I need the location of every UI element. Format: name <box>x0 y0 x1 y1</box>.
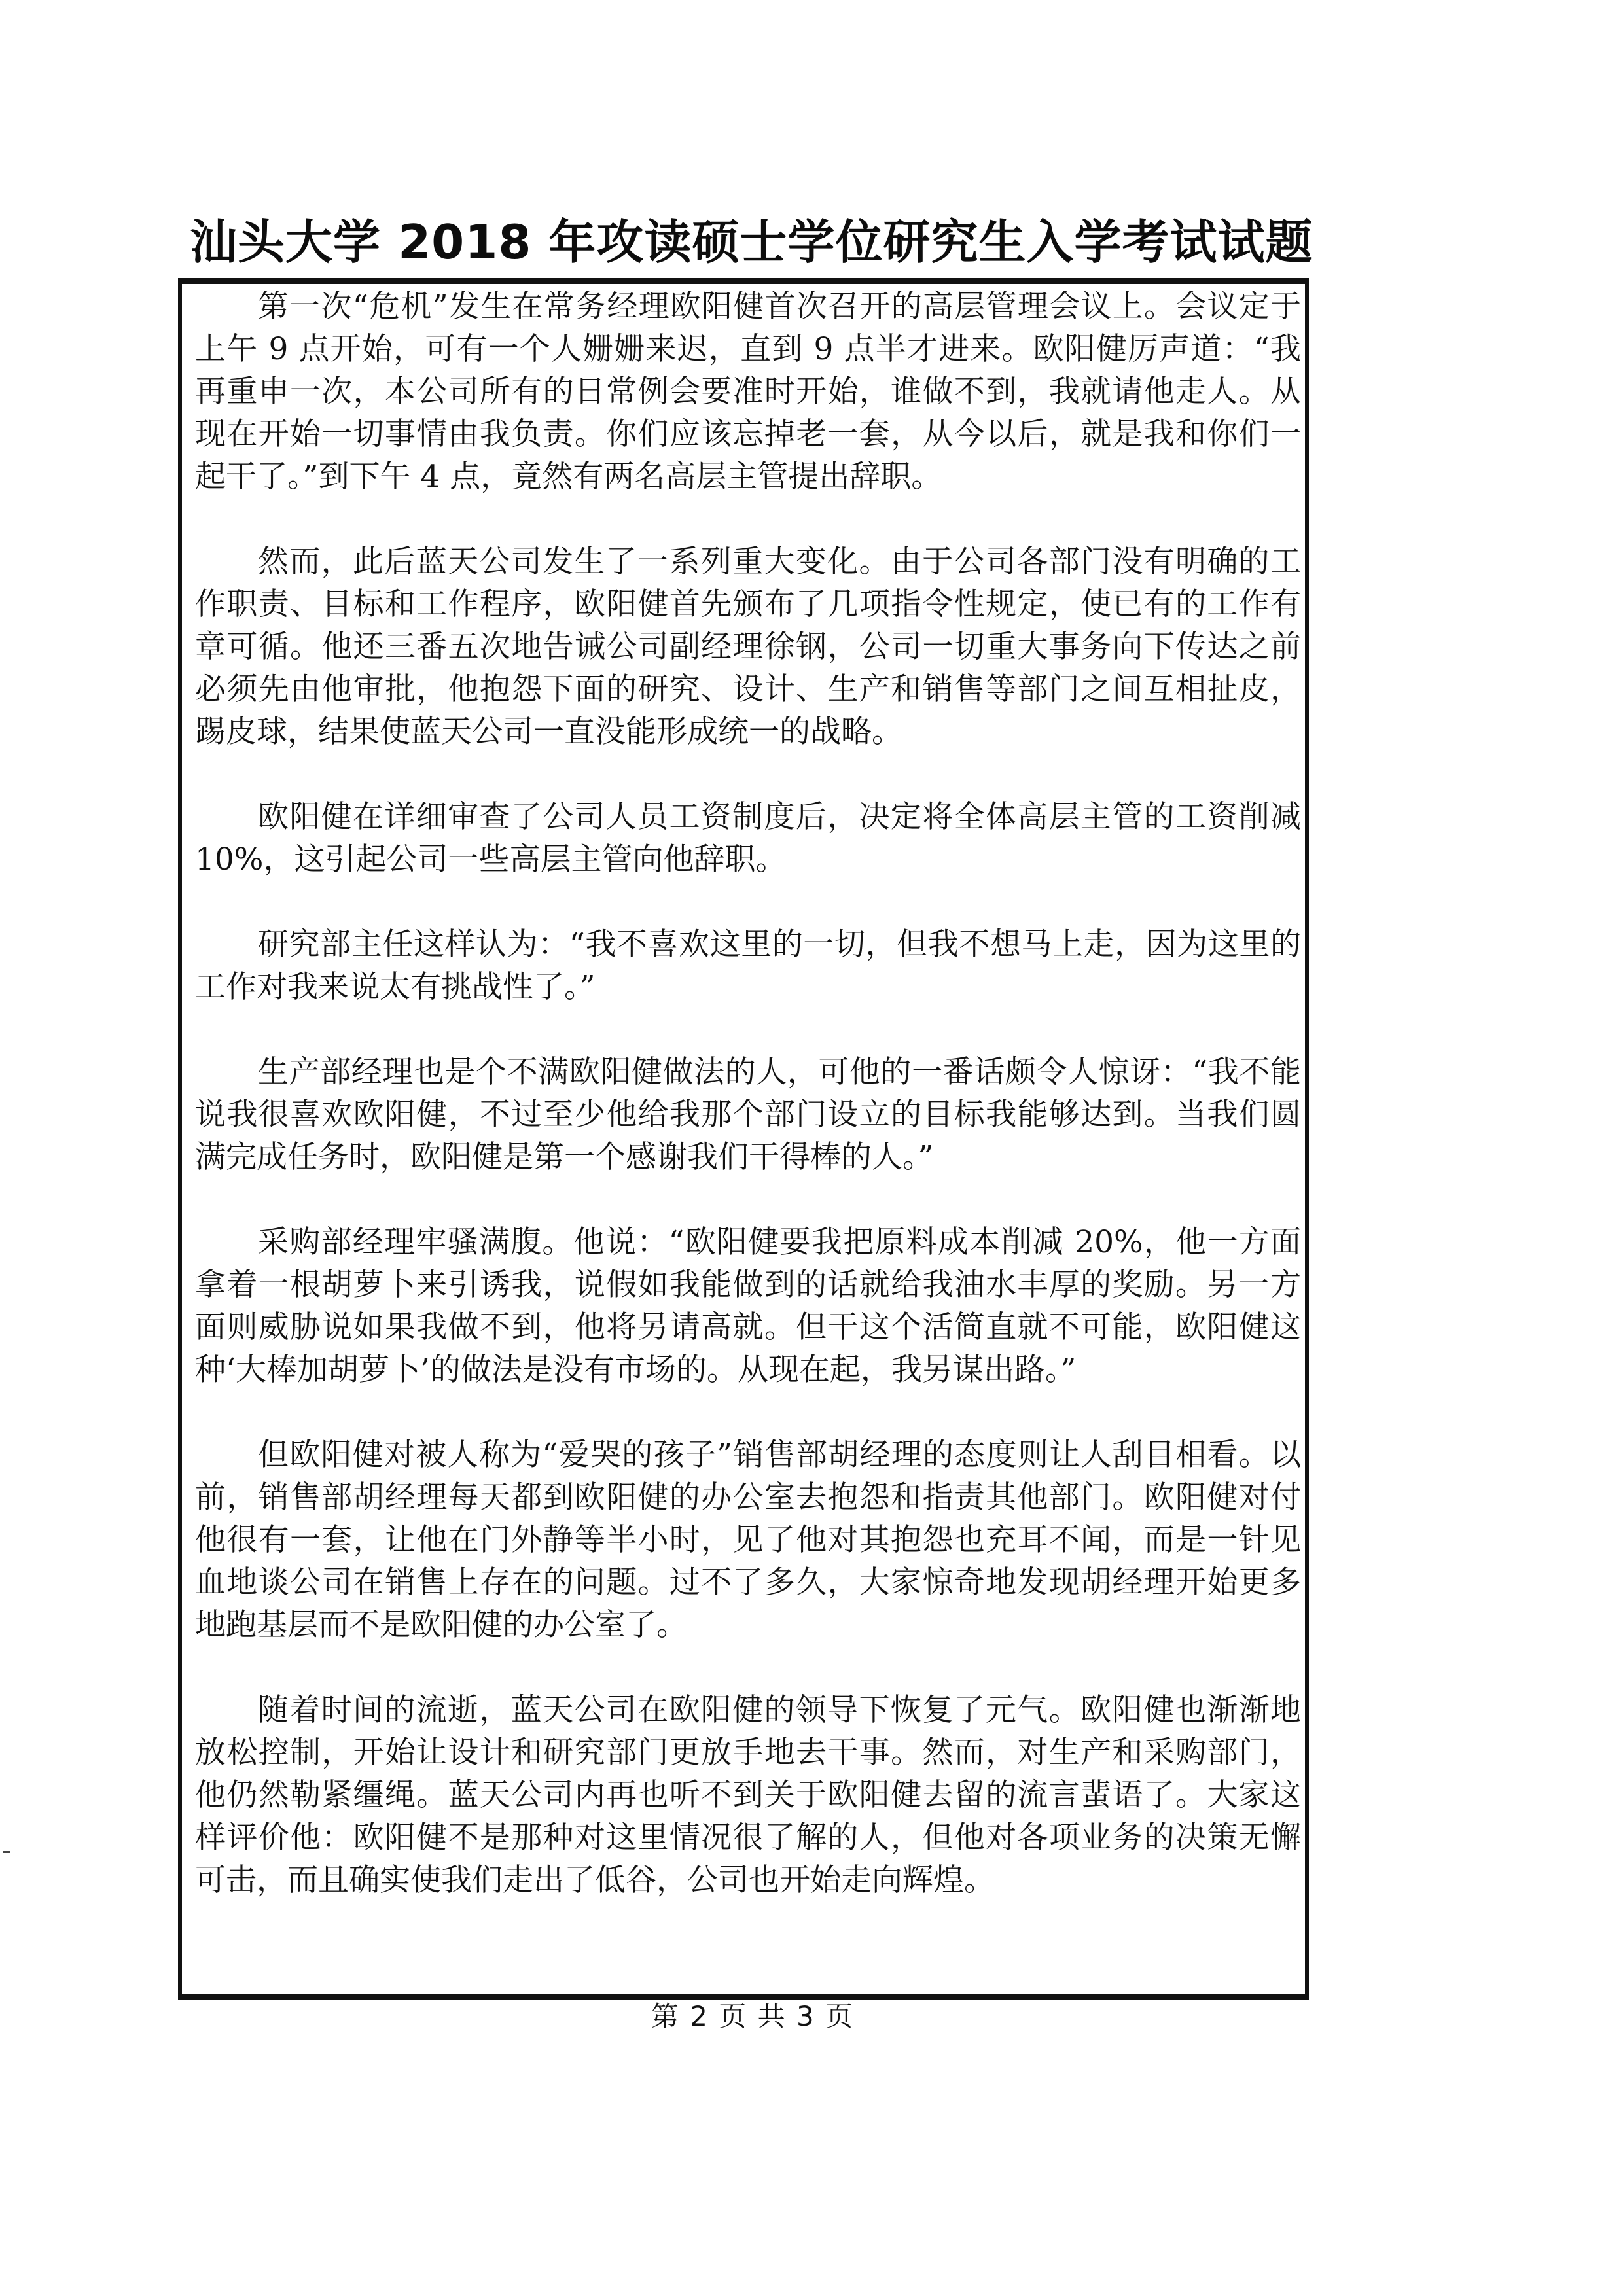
paragraph-1: 第一次“危机”发生在常务经理欧阳健首次召开的高层管理会议上。会议定于上午 9 点… <box>195 285 1301 498</box>
page-number-footer: 第 2 页 共 3 页 <box>641 1997 864 2036</box>
paragraph-2: 然而，此后蓝天公司发生了一系列重大变化。由于公司各部门没有明确的工作职责、目标和… <box>195 540 1301 753</box>
paragraph-5: 生产部经理也是个不满欧阳健做法的人，可他的一番话颇令人惊讶：“我不能说我很喜欢欧… <box>195 1051 1301 1178</box>
paragraph-7: 但欧阳健对被人称为“爱哭的孩子”销售部胡经理的态度则让人刮目相看。以前，销售部胡… <box>195 1434 1301 1646</box>
exam-title: 汕头大学 2018 年攻读硕士学位研究生入学考试试题 <box>190 211 1296 274</box>
scan-artifact-left <box>3 1851 10 1853</box>
paragraph-3: 欧阳健在详细审查了公司人员工资制度后，决定将全体高层主管的工资削减 10%，这引… <box>195 796 1301 881</box>
paragraph-6: 采购部经理牢骚满腹。他说：“欧阳健要我把原料成本削减 20%，他一方面拿着一根胡… <box>195 1221 1301 1391</box>
paragraph-8: 随着时间的流逝，蓝天公司在欧阳健的领导下恢复了元气。欧阳健也渐渐地放松控制，开始… <box>195 1689 1301 1901</box>
question-content-box: 第一次“危机”发生在常务经理欧阳健首次召开的高层管理会议上。会议定于上午 9 点… <box>178 278 1309 2000</box>
paragraph-4: 研究部主任这样认为：“我不喜欢这里的一切，但我不想马上走，因为这里的工作对我来说… <box>195 923 1301 1008</box>
question-body: 第一次“危机”发生在常务经理欧阳健首次召开的高层管理会议上。会议定于上午 9 点… <box>195 285 1301 1901</box>
